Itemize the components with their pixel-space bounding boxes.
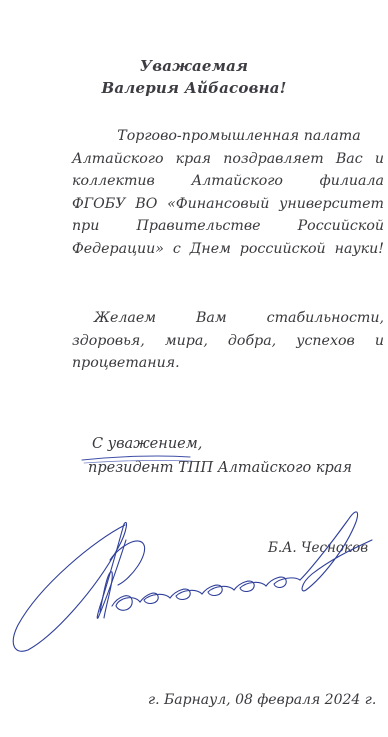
wishes-paragraph: Желаем Вам стабильности, здоровья, мира,…	[72, 307, 384, 375]
letter-page: Уважаемая Валерия Айбасовна! Торгово-про…	[0, 0, 388, 737]
salutation-name: Валерия Айбасовна!	[0, 77, 388, 99]
place-and-date: г. Барнаул, 08 февраля 2024 г.	[148, 692, 376, 708]
handwritten-signature	[0, 500, 388, 670]
paragraph-line: Торгово-промышленная палата	[72, 125, 384, 148]
congratulation-paragraph: Торгово-промышленная палата Алтайского к…	[72, 125, 384, 260]
signer-name: Б.А. Чесноков	[268, 540, 368, 556]
salutation-greeting: Уважаемая	[0, 55, 388, 77]
paragraph-line: при Правительстве Российской	[72, 215, 384, 238]
closing-position: президент ТПП Алтайского края	[88, 456, 352, 480]
salutation: Уважаемая Валерия Айбасовна!	[0, 55, 388, 99]
closing-block: С уважением, президент ТПП Алтайского кр…	[88, 432, 352, 480]
paragraph-line: Алтайского края поздравляет Вас и	[72, 148, 384, 171]
closing-regards: С уважением,	[88, 432, 352, 456]
paragraph-line: коллектив Алтайского филиала	[72, 170, 384, 193]
paragraph-line: Федерации» с Днем российской науки!	[72, 238, 384, 261]
paragraph-line: здоровья, мира, добра, успехов и	[72, 330, 384, 353]
paragraph-line: процветания.	[72, 352, 384, 375]
paragraph-line: Желаем Вам стабильности,	[72, 307, 384, 330]
paragraph-line: ФГОБУ ВО «Финансовый университет	[72, 193, 384, 216]
